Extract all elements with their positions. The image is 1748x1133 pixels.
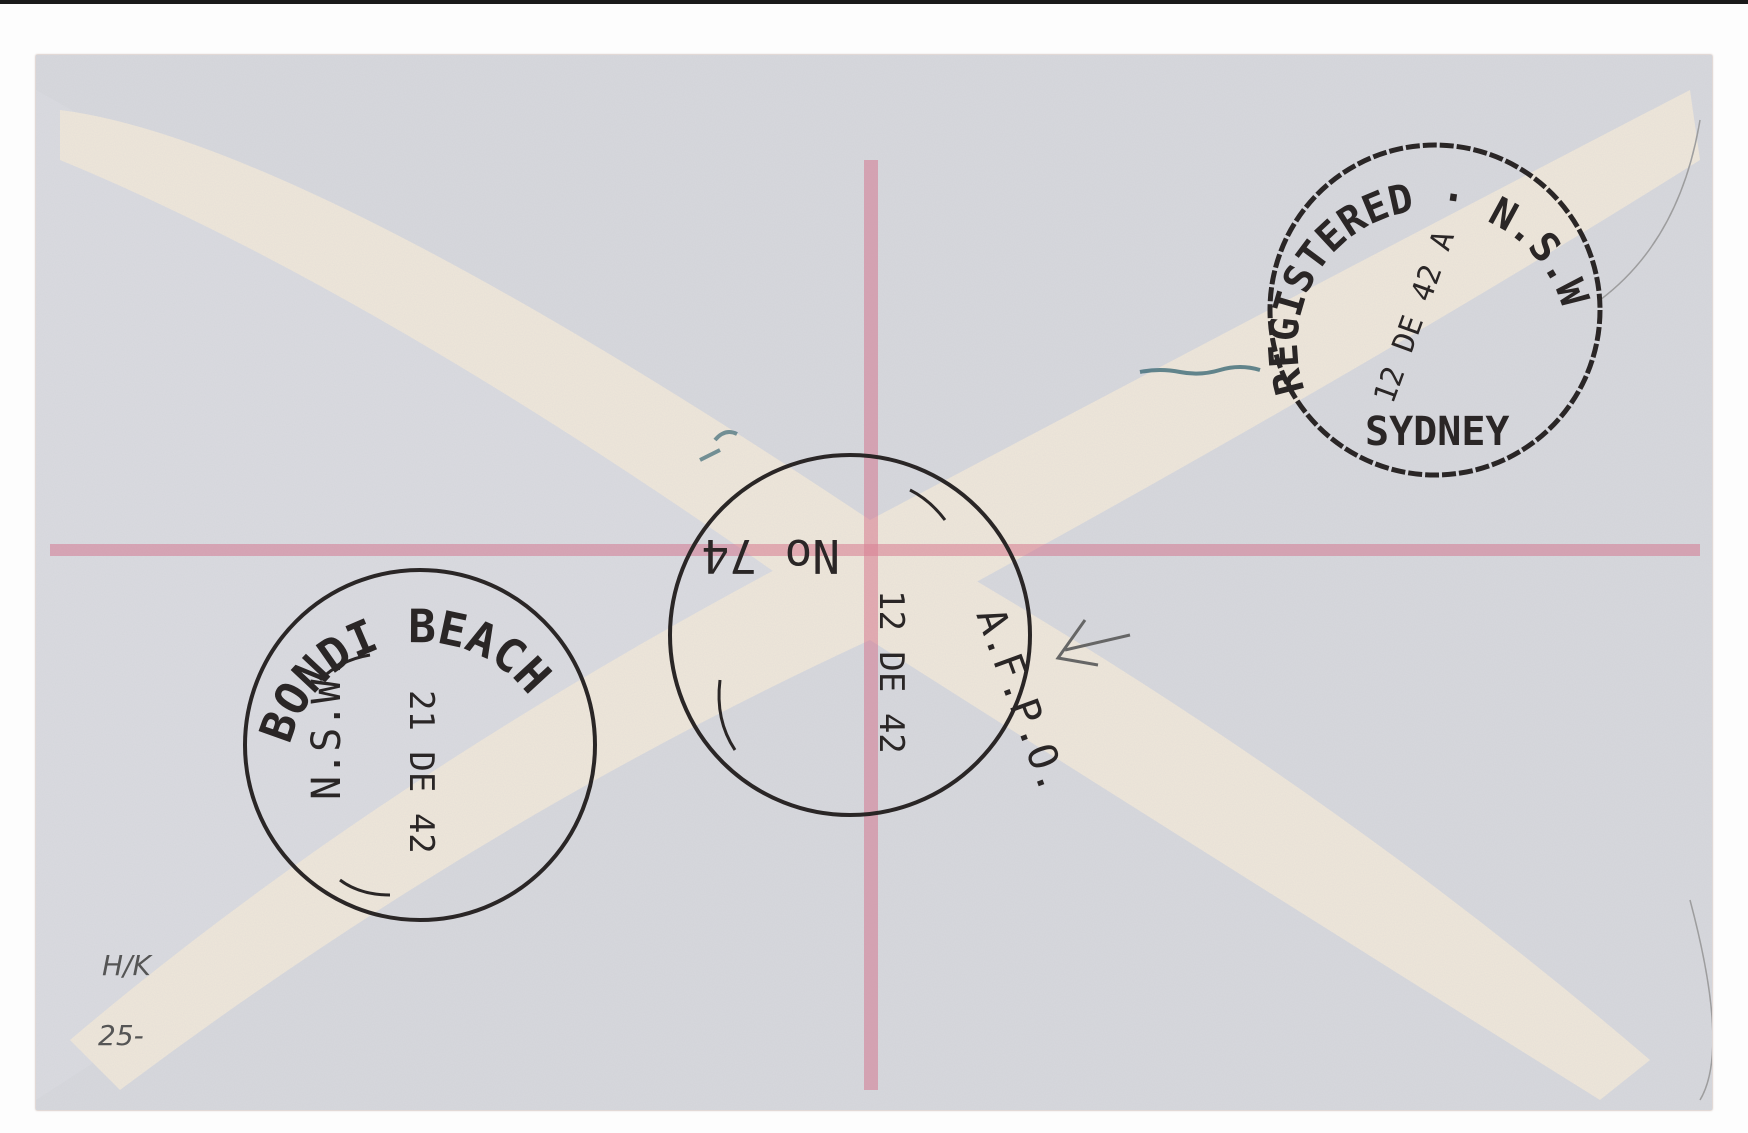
svg-text:21 DE 42: 21 DE 42 — [401, 690, 441, 854]
pencil-note-price: 25- — [98, 1019, 144, 1052]
svg-text:12 DE 42: 12 DE 42 — [871, 590, 911, 754]
pencil-note-hk: H/K — [102, 949, 153, 982]
svg-text:SYDNEY: SYDNEY — [1365, 409, 1510, 455]
svg-text:N.S.W.: N.S.W. — [304, 656, 350, 801]
svg-text:No 74: No 74 — [702, 529, 840, 583]
envelope-scene: BONDI BEACH N.S.W. 21 DE 42 No 74 A.F.P.… — [0, 0, 1748, 1133]
